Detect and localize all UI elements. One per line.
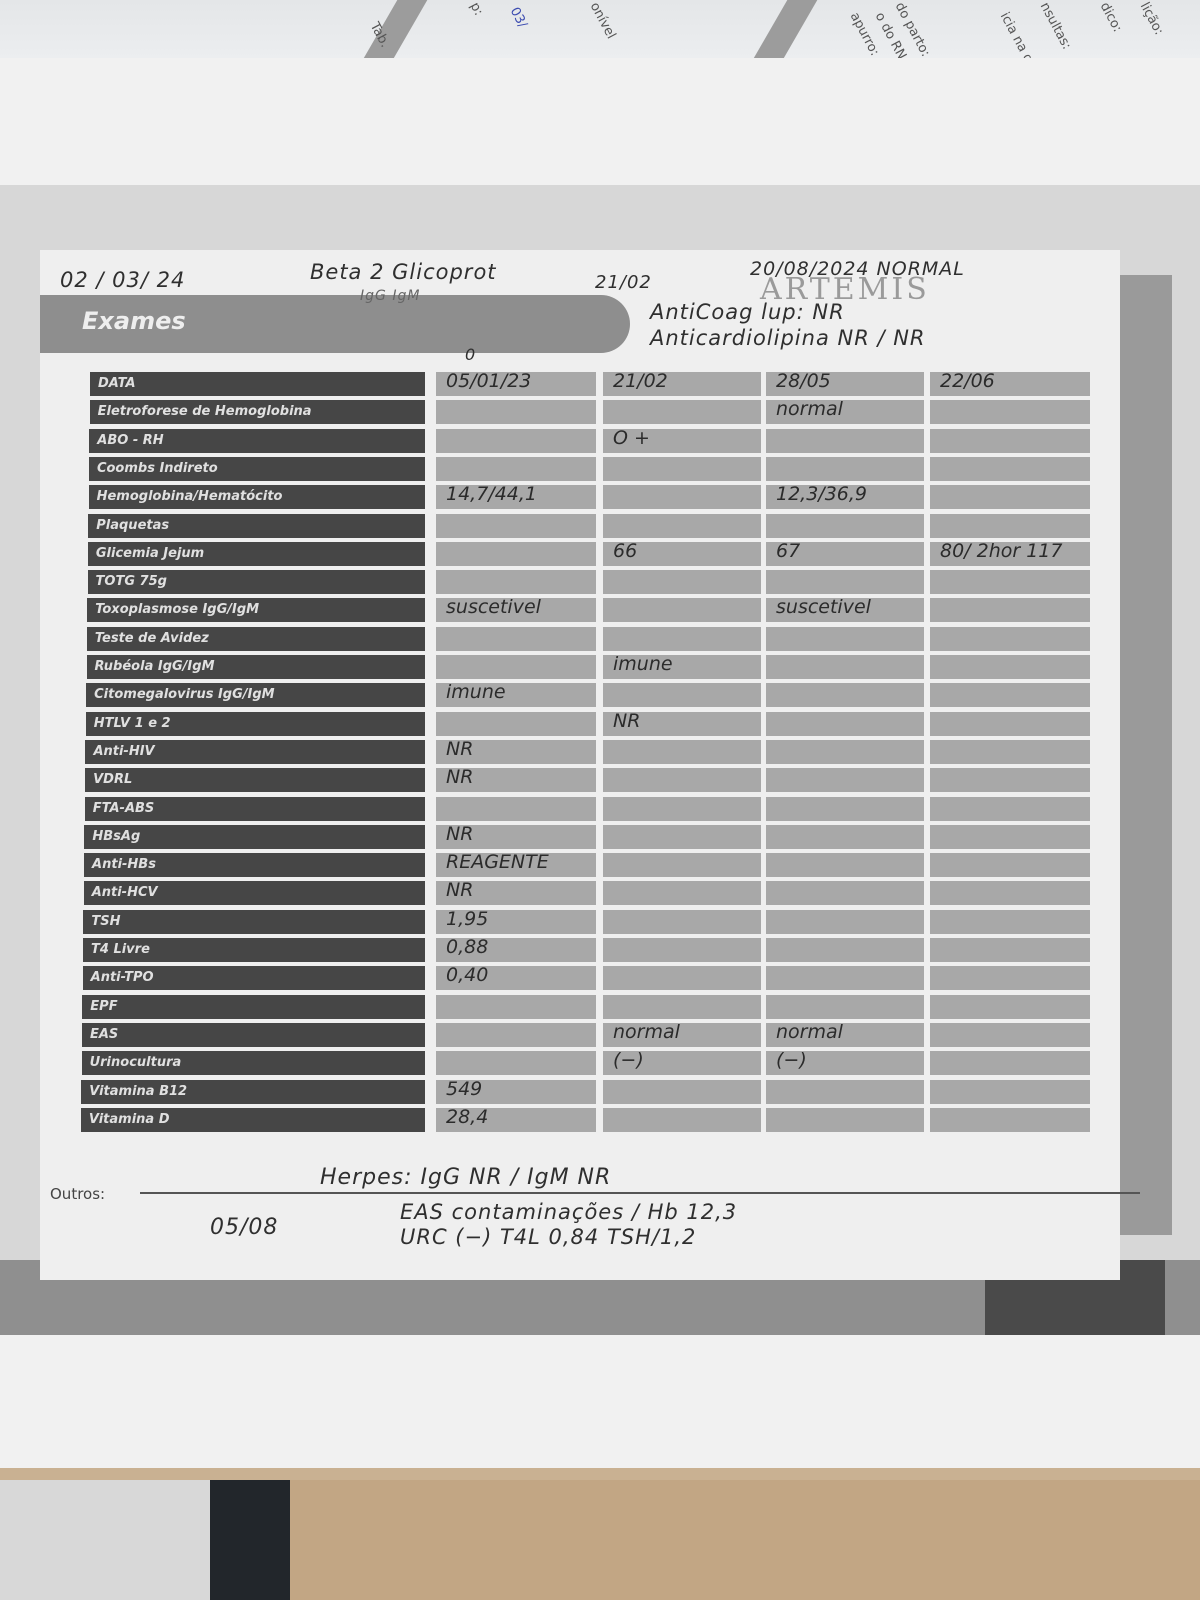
table-cell [603,570,761,594]
cell-value: 28,4 [446,1106,488,1128]
row-label: DATA [90,372,425,396]
table-cell: normal [766,400,924,424]
cell-value: normal [776,398,843,420]
table-cell [766,853,924,877]
row-label: Eletroforese de Hemoglobina [90,400,425,424]
cell-value: 0,88 [446,936,488,958]
cell-value: 549 [446,1078,482,1100]
row-label: Citomegalovirus IgG/IgM [86,683,425,707]
table-cell: NR [436,768,596,792]
table-cell: suscetivel [766,598,924,622]
table-cell: NR [436,740,596,764]
cell-value: 1,95 [446,908,488,930]
table-cell: 21/02 [603,372,761,396]
table-cell [603,627,761,651]
table-cell: normal [766,1023,924,1047]
cell-value: 80/ 2hor 117 [940,540,1063,562]
row-label: EPF [82,995,425,1019]
cell-value: NR [446,738,473,760]
table-cell [436,797,596,821]
row-label: Toxoplasmose IgG/IgM [87,598,425,622]
table-cell [766,1080,924,1104]
table-cell [930,712,1090,736]
row-label: Plaquetas [88,514,425,538]
table-cell [603,938,761,962]
row-label: HBsAg [84,825,425,849]
row-label: Hemoglobina/Hematócito [89,485,425,509]
table-cell [766,910,924,934]
table-cell [603,1080,761,1104]
table-cell [603,995,761,1019]
table-cell: 549 [436,1080,596,1104]
table-cell [930,1023,1090,1047]
note-beta2: Beta 2 Glicoprot [310,260,497,284]
table-cell: 66 [603,542,761,566]
table-cell [766,995,924,1019]
table-cell [603,910,761,934]
table-cell [766,457,924,481]
table-cell [930,598,1090,622]
table-cell [603,768,761,792]
table-cell [603,683,761,707]
table-cell [436,1051,596,1075]
row-label: TOTG 75g [88,570,425,594]
table-cell: REAGENTE [436,853,596,877]
row-label: Vitamina B12 [81,1080,425,1104]
cell-value: 22/06 [940,370,995,392]
table-cell [436,1023,596,1047]
note-mark: 0 [465,345,476,364]
cell-value: NR [446,766,473,788]
table-cell [766,740,924,764]
row-label: Coombs Indireto [89,457,425,481]
cell-value: (−) [776,1049,807,1071]
table-cell [766,938,924,962]
cell-value: imune [446,681,506,703]
row-label: Anti-HIV [85,740,425,764]
fragment-text: 03/ [507,5,530,31]
table-cell [930,627,1090,651]
table-cell [930,655,1090,679]
table-cell [603,966,761,990]
table-cell [930,1108,1090,1132]
table-cell: 28,4 [436,1108,596,1132]
cell-value: O + [613,427,650,449]
cell-value: 12,3/36,9 [776,483,867,505]
table-cell [766,768,924,792]
table-cell [436,627,596,651]
table-cell [766,683,924,707]
cell-value: suscetivel [446,596,541,618]
table-cell: (−) [603,1051,761,1075]
table-cell [603,598,761,622]
fragment-text: p: [467,0,486,18]
section-title: Exames [82,307,186,335]
table-cell [436,514,596,538]
row-label: Vitamina D [81,1108,425,1132]
table-cell [930,910,1090,934]
table-cell [930,740,1090,764]
table-cell [930,429,1090,453]
table-cell [436,457,596,481]
table-cell [603,514,761,538]
table-cell [603,853,761,877]
table-cell [766,712,924,736]
cell-value: 21/02 [613,370,668,392]
table-cell: imune [603,655,761,679]
row-label: FTA-ABS [85,797,425,821]
background-paper-top: Tab. p: 03/ onível do parto: o do RN: ap… [0,0,1200,60]
row-label: HTLV 1 e 2 [86,712,425,736]
row-label: Rubéola IgG/IgM [87,655,426,679]
cell-value: NR [446,823,473,845]
row-label: Glicemia Jejum [88,542,425,566]
table-cell [603,400,761,424]
table-cell [766,655,924,679]
cell-value: 05/01/23 [446,370,531,392]
section-header: Exames [40,295,630,353]
cell-value: REAGENTE [446,851,549,873]
fragment-text: dico: [1097,0,1125,35]
table-cell [930,768,1090,792]
table-cell [603,457,761,481]
table-cell: O + [603,429,761,453]
cell-value: normal [613,1021,680,1043]
table-cell: NR [436,825,596,849]
cell-value: imune [613,653,673,675]
table-cell: 05/01/23 [436,372,596,396]
cell-value: (−) [613,1049,644,1071]
table-cell [930,1080,1090,1104]
table-cell [930,570,1090,594]
table-cell [930,881,1090,905]
table-cell [603,485,761,509]
table-cell [766,825,924,849]
cell-value: 28/05 [776,370,831,392]
row-label: ABO - RH [89,429,425,453]
note-anticoag: AntiCoag lup: NR [650,300,845,324]
table-cell [603,881,761,905]
note-date-0508: 05/08 [210,1215,278,1240]
table-cell: NR [436,881,596,905]
row-label: Teste de Avidez [87,627,425,651]
table-cell [436,542,596,566]
table-cell [930,853,1090,877]
written-date: 02 / 03/ 24 [60,268,185,292]
table-cell [766,429,924,453]
table-cell: suscetivel [436,598,596,622]
table-cell [766,966,924,990]
table-cell: 67 [766,542,924,566]
outros-line [140,1192,1140,1194]
table-cell [603,797,761,821]
table-cell [930,1051,1090,1075]
cell-value: NR [613,710,640,732]
table-cell [766,797,924,821]
table-cell [603,1108,761,1132]
cell-value: NR [446,879,473,901]
cell-value: suscetivel [776,596,871,618]
table-cell: 28/05 [766,372,924,396]
table-cell [766,1108,924,1132]
table-cell [930,400,1090,424]
table-cell [930,485,1090,509]
table-cell: imune [436,683,596,707]
cell-value: 66 [613,540,637,562]
table-cell [930,457,1090,481]
fragment-text: onível [587,0,619,42]
table-cell [930,995,1090,1019]
table-cell [436,400,596,424]
row-label: Anti-TPO [83,966,425,990]
table-cell [930,825,1090,849]
table-cell: 12,3/36,9 [766,485,924,509]
table-cell: (−) [766,1051,924,1075]
row-label: T4 Livre [83,938,425,962]
row-label: VDRL [85,768,425,792]
note-herpes: Herpes: IgG NR / IgM NR [320,1165,611,1190]
table-cell: NR [603,712,761,736]
table-cell [766,627,924,651]
table-cell [766,881,924,905]
row-label: EAS [82,1023,425,1047]
table-cell: 0,88 [436,938,596,962]
table-cell [930,797,1090,821]
table-cell [766,514,924,538]
cell-value: 0,40 [446,964,488,986]
row-label: TSH [83,910,425,934]
outros-label: Outros: [50,1185,105,1203]
table-cell [436,655,596,679]
table-cell [603,825,761,849]
desk-surface [0,1480,1200,1600]
fragment-text: lição: [1137,0,1167,38]
table-cell: 0,40 [436,966,596,990]
note-anticardiolipina: Anticardiolipina NR / NR [650,326,926,350]
row-label: Urinocultura [82,1051,425,1075]
table-cell [930,514,1090,538]
cell-value: 14,7/44,1 [446,483,537,505]
table-cell [603,740,761,764]
table-cell [930,938,1090,962]
table-cell [436,570,596,594]
table-cell [766,570,924,594]
table-cell: 14,7/44,1 [436,485,596,509]
table-cell [436,429,596,453]
table-cell [436,995,596,1019]
table-cell [930,683,1090,707]
table-cell [930,966,1090,990]
note-beta2-sub: IgG IgM [360,288,420,304]
cell-value: 67 [776,540,800,562]
note-line1: EAS contaminações / Hb 12,3 [400,1200,737,1224]
row-label: Anti-HCV [84,881,425,905]
table-cell: 80/ 2hor 117 [930,542,1090,566]
table-cell: normal [603,1023,761,1047]
row-label: Anti-HBs [84,853,425,877]
note-line2: URC (−) T4L 0,84 TSH/1,2 [400,1225,696,1249]
cell-value: normal [776,1021,843,1043]
table-cell [436,712,596,736]
table-cell: 1,95 [436,910,596,934]
note-date-2102: 21/02 [595,272,652,293]
fragment-text: nsultas: [1037,0,1074,52]
table-cell: 22/06 [930,372,1090,396]
